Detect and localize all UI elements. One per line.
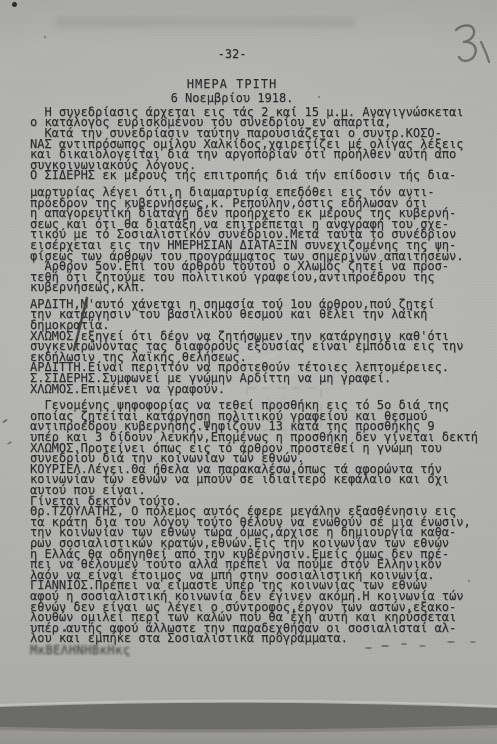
typewritten-page-text: -32- ΗΜΕΡΑ ΤΡΙΤΗ 6 Νοεμβρίου 1918. Η συν…: [30, 49, 476, 655]
paper-smudge: [55, 17, 355, 28]
day-heading: ΗΜΕΡΑ ΤΡΙΤΗ: [30, 79, 476, 90]
page-number: -32-: [30, 49, 476, 60]
text-line: Ο ΣΙΔΕΡΗΣ εκ μέρους της επιτροπής διά τή…: [30, 170, 476, 181]
text-line: ΧΛΩΜΟΣ.Επιμένει να γραφούν.: [30, 384, 476, 395]
date-line: 6 Νοεμβρίου 1918.: [30, 93, 476, 104]
page-bottom-edge: [0, 692, 497, 744]
scanned-document-photo: -32- ΗΜΕΡΑ ΤΡΙΤΗ 6 Νοεμβρίου 1918. Η συν…: [0, 0, 497, 744]
illegible-signature-line: ΜκΒΕΛΗΝΗΒκΗκς: [30, 645, 476, 656]
